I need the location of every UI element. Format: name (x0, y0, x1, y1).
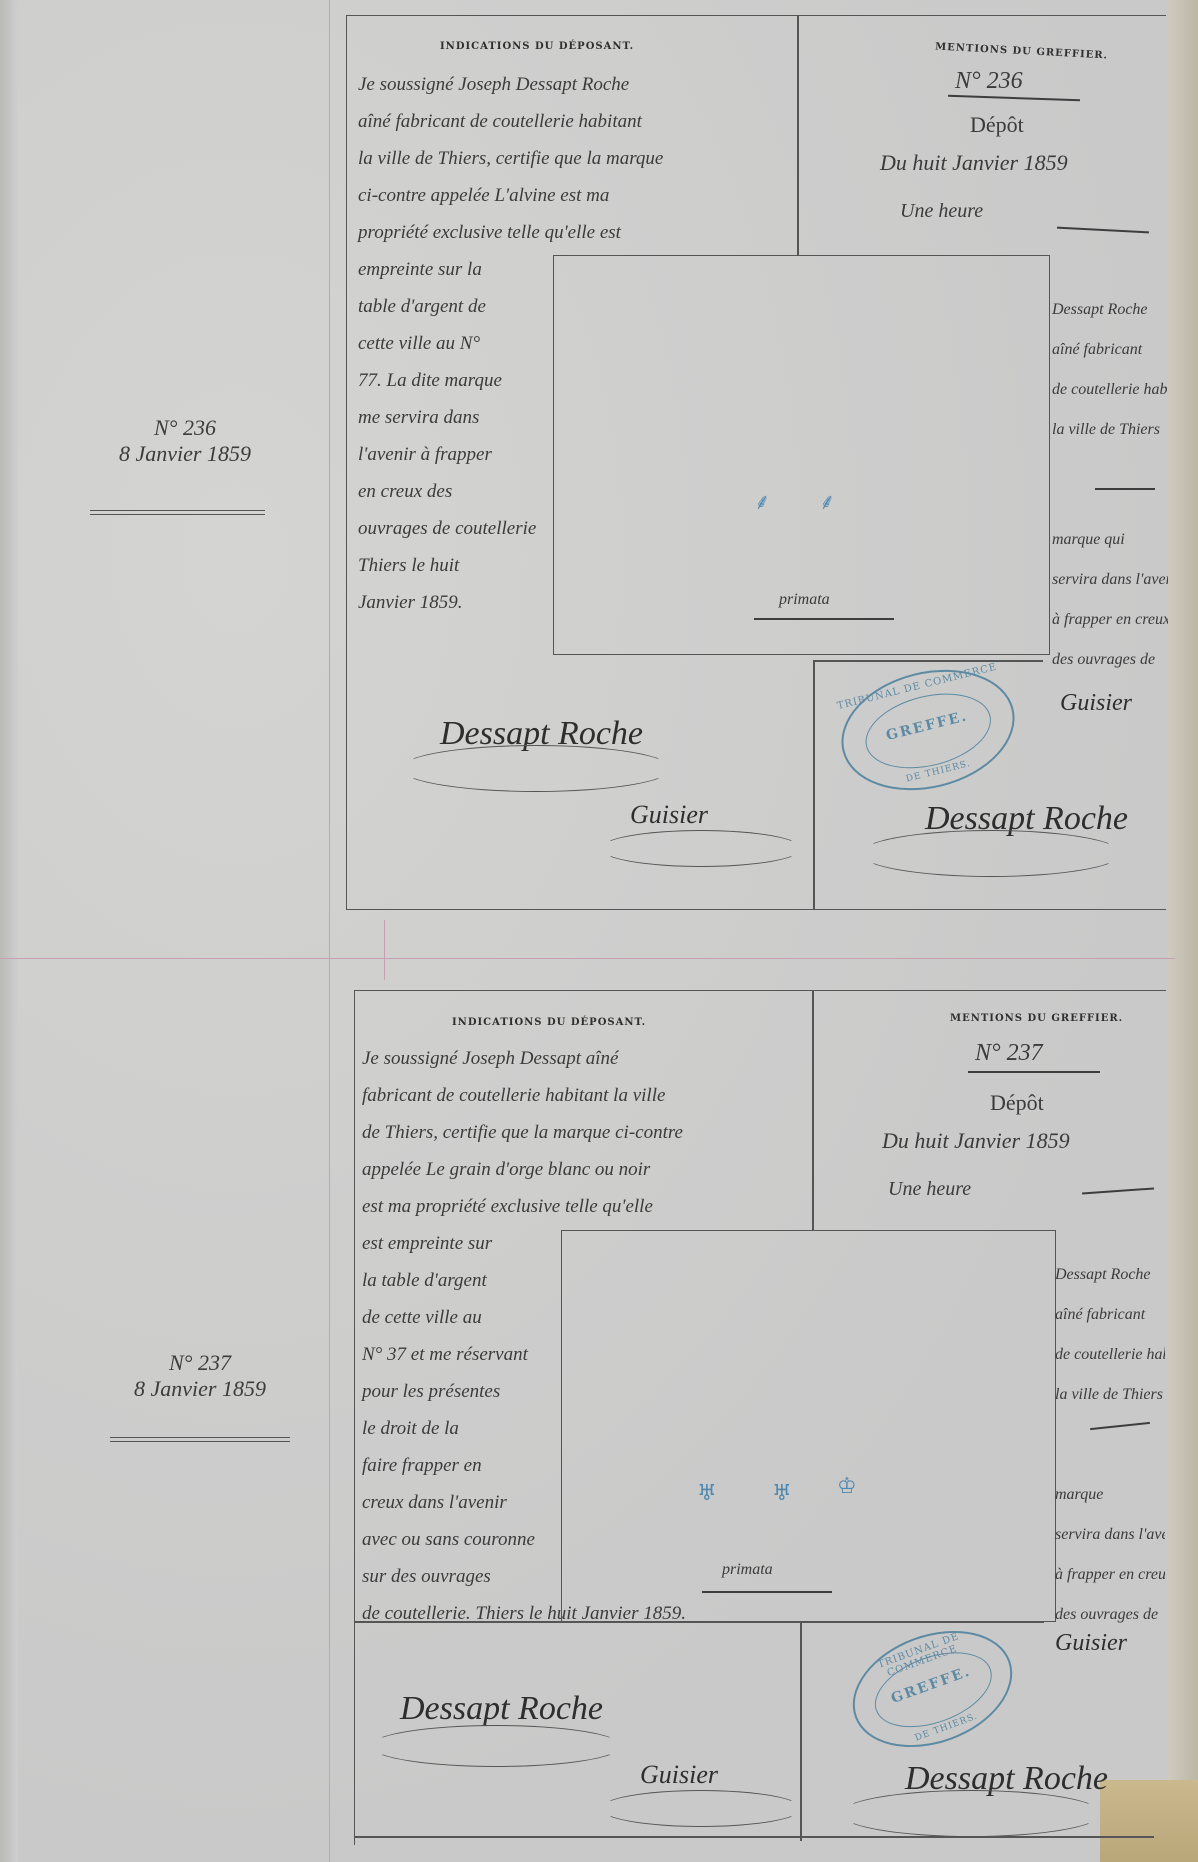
side-rule (1095, 488, 1155, 490)
clerk-side-notes: Dessapt Roche aîné fabricant de coutelle… (1055, 1255, 1165, 1635)
clerk-number: N° 237 (975, 1040, 1043, 1067)
clerk-number-underline (968, 1071, 1100, 1073)
bottom-divider (813, 660, 815, 910)
clerk-flourish (600, 830, 802, 867)
mark-box: ♅ ♅ ♔ primata (561, 1230, 1056, 1622)
mark-caption: primata (722, 1561, 773, 1579)
margin-note: N° 236 8 Janvier 1859 (90, 415, 280, 467)
margin-rule-red (329, 0, 330, 1862)
clerk-flourish (600, 1790, 802, 1827)
mark-box: ⸙ ⸙ primata (553, 255, 1050, 655)
mark-caption-underline (754, 618, 894, 620)
clerk-time: Une heure (900, 200, 983, 223)
clerk-signature: Guisier (640, 1760, 718, 1790)
clerk-title: Dépôt (970, 112, 1024, 138)
margin-note-underline (110, 1437, 290, 1442)
clerk-title: Dépôt (990, 1090, 1044, 1116)
depositor-header: INDICATIONS DU DÉPOSANT. (440, 41, 634, 52)
clerk-date: Du huit Janvier 1859 (882, 1128, 1070, 1154)
clerk-signature-side: Guisier (1060, 690, 1168, 717)
signature-flourish (370, 1725, 622, 1767)
page-bottom-rule (354, 1836, 1154, 1838)
depositor-signature: Dessapt Roche (400, 1690, 603, 1728)
clerk-header: MENTIONS DU GREFFIER. (950, 1013, 1123, 1024)
right-flourish (840, 1790, 1102, 1837)
clerk-side-notes: Dessapt Roche aîné fabricant de coutelle… (1052, 290, 1168, 680)
mark-glyph: ⸙ (819, 486, 836, 516)
page-left-edge (0, 0, 18, 1862)
depositor-header: INDICATIONS DU DÉPOSANT. (452, 1017, 646, 1028)
mark-glyph: ♅ (697, 1481, 717, 1506)
mark-caption-underline (702, 1591, 832, 1593)
mark-glyph: ♔ (837, 1474, 857, 1499)
mark-caption: primata (779, 591, 830, 609)
entry-separator-red (0, 958, 1175, 959)
margin-rule-red-2 (384, 920, 385, 980)
column-divider (812, 990, 814, 1230)
mark-glyph: ⸙ (754, 486, 771, 516)
clerk-number: N° 236 (955, 68, 1023, 95)
right-flourish (860, 830, 1122, 877)
clerk-signature-side: Guisier (1055, 1630, 1160, 1657)
clerk-time: Une heure (888, 1178, 971, 1201)
signature-flourish (400, 745, 672, 792)
clerk-signature: Guisier (630, 800, 708, 830)
page-right-edge (1168, 0, 1198, 1862)
margin-note: N° 237 8 Janvier 1859 (100, 1350, 300, 1402)
mark-glyph: ♅ (772, 1481, 792, 1506)
margin-note-underline (90, 510, 265, 515)
bottom-row-rule (813, 660, 1043, 662)
clerk-date: Du huit Janvier 1859 (880, 150, 1068, 176)
